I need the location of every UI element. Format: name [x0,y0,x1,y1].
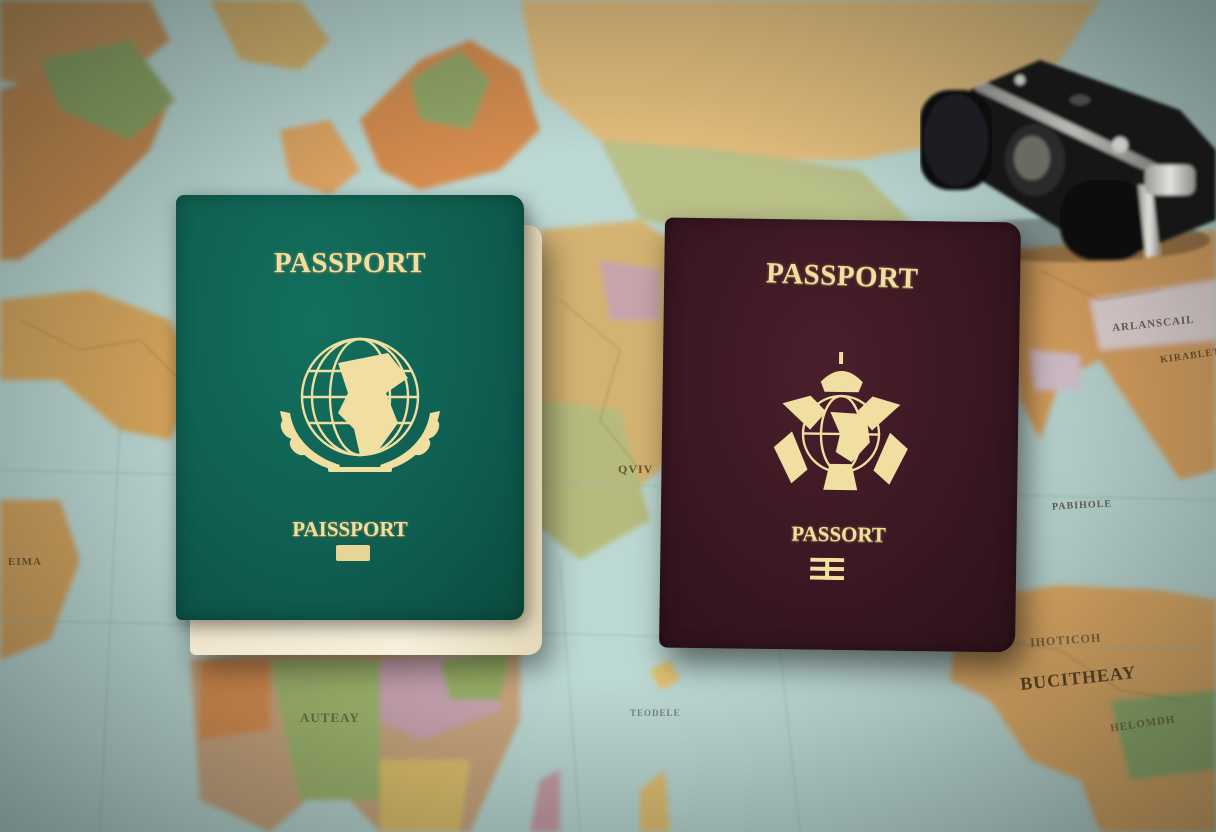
map-label-mid-ocean: TEODELE [630,708,681,718]
biometric-chip-icon [810,558,844,580]
maroon-passport-top-title: PASSPORT [664,253,1021,300]
maroon-passport-bottom-title: PASSORT [660,520,1016,550]
globe-laurel-emblem-icon [268,333,452,483]
map-label-south-america: EIMA [8,556,42,568]
maroon-passport-cover: PASSPORT [659,218,1021,653]
green-passport-cover: PASSPORT [176,195,524,620]
travel-photo-scene: BUCITHEAY IHOTICOH HELOMDH ARLANSCAIL KI… [0,0,1216,832]
map-label-south-africa: AUTEAY [300,710,360,726]
biometric-chip-icon [336,545,370,561]
crowned-globe-crest-icon [769,351,913,499]
green-passport-top-title: PASSPORT [176,247,524,280]
green-passport-bottom-title: PAISSPORT [176,517,524,542]
map-label-central: QVIV [618,462,653,477]
